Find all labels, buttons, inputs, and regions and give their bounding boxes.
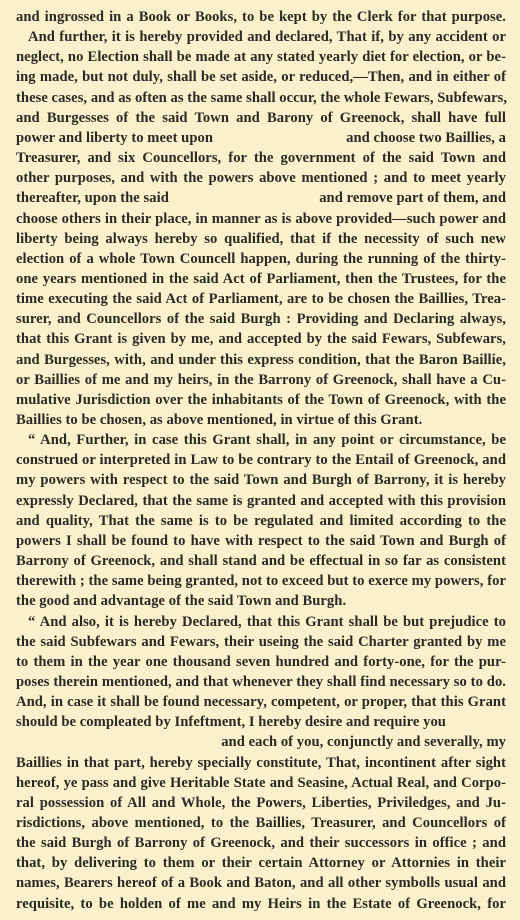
text-line: “ And, Further, in case this Grant shall… xyxy=(28,429,506,451)
text-line: time executing the said Act of Parliamen… xyxy=(16,288,506,310)
document-page: and ingrossed in a Book or Books, to be … xyxy=(0,0,520,920)
text-line: power and liberty to meet uponand choose… xyxy=(16,127,506,149)
text-line: and Burgesses of the said Town and Baron… xyxy=(16,107,506,129)
text-line: liberty being always hereby so qualified… xyxy=(16,228,506,250)
text-line: therewith ; the same being granted, not … xyxy=(16,570,506,592)
text-line: and each of you, conjunctly and severall… xyxy=(16,731,506,753)
text-line: names, Bearers hereof of a Book and Bato… xyxy=(16,872,506,894)
text-line: choose others in their place, in manner … xyxy=(16,208,506,230)
text-line: powers I shall be found to have with res… xyxy=(16,530,506,552)
text-line: and Burgesses, with, and under this expr… xyxy=(16,349,506,371)
text-line: ral possession of All and Whole, the Pow… xyxy=(16,792,506,814)
text-line: these cases, and as often as the same sh… xyxy=(16,87,506,109)
text-line: And, in case it shall be found necessary… xyxy=(16,691,506,713)
text-line: thereafter, upon the saidand remove part… xyxy=(16,187,506,209)
text-line: surer, and Councellors of the said Burgh… xyxy=(16,308,506,330)
text-line: expressly Declared, that the same is gra… xyxy=(16,490,506,512)
text-line: ing made, but not duly, shall be set asi… xyxy=(16,66,506,88)
text-line: and ingrossed in a Book or Books, to be … xyxy=(16,6,506,28)
text-line: Barrony of Greenock, and shall stand and… xyxy=(16,550,506,572)
text-segment-right: and choose two Baillies, a xyxy=(346,127,506,149)
text-segment-right: and remove part of them, and xyxy=(319,187,506,209)
text-line: mulative Jurisdiction over the inhabitan… xyxy=(16,389,506,411)
text-line: Treasurer, and six Councellors, for the … xyxy=(16,147,506,169)
text-line: that, by delivering to them or their cer… xyxy=(16,852,506,874)
text-line: construed or interpreted in Law to be co… xyxy=(16,449,506,471)
text-line: should be compleated by Infeftment, I he… xyxy=(16,711,506,733)
text-line: And further, it is hereby provided and d… xyxy=(28,26,506,48)
text-line: requisite, to be holden of me and my Hei… xyxy=(16,893,506,915)
text-line: Baillies in that part, hereby specially … xyxy=(16,752,506,774)
text-line: Baillies to be chosen, as above mentione… xyxy=(16,409,506,431)
text-line: election of a whole Town Councell happen… xyxy=(16,248,506,270)
text-line: risdictions, above mentioned, to the Bai… xyxy=(16,812,506,834)
text-line: to them in the year one thousand seven h… xyxy=(16,651,506,673)
text-line: the said Subfewars and Fewars, their use… xyxy=(16,631,506,653)
text-line: “ And also, it is hereby Declared, that … xyxy=(28,611,506,633)
text-segment-left: thereafter, upon the said xyxy=(16,187,169,209)
text-line: or Baillies of me and my heirs, in the B… xyxy=(16,369,506,391)
text-line: that this Grant is given by me, and acce… xyxy=(16,328,506,350)
text-segment-right: and each of you, conjunctly and severall… xyxy=(221,731,506,753)
text-line: neglect, no Election shall be made at an… xyxy=(16,46,506,68)
text-line: other purposes, and with the powers abov… xyxy=(16,167,506,189)
text-line: one years mentioned in the said Act of P… xyxy=(16,268,506,290)
text-line: the said Burgh of Barrony of Greenock, a… xyxy=(16,832,506,854)
text-line: my powers with respect to the said Town … xyxy=(16,469,506,491)
text-segment-left: power and liberty to meet upon xyxy=(16,127,213,149)
text-line: and quality, That the same is to be regu… xyxy=(16,510,506,532)
text-line: the good and advantage of the said Town … xyxy=(16,590,506,612)
text-line: poses therein mentioned, and that whenev… xyxy=(16,671,506,693)
text-line: hereof, ye pass and give Heritable State… xyxy=(16,772,506,794)
